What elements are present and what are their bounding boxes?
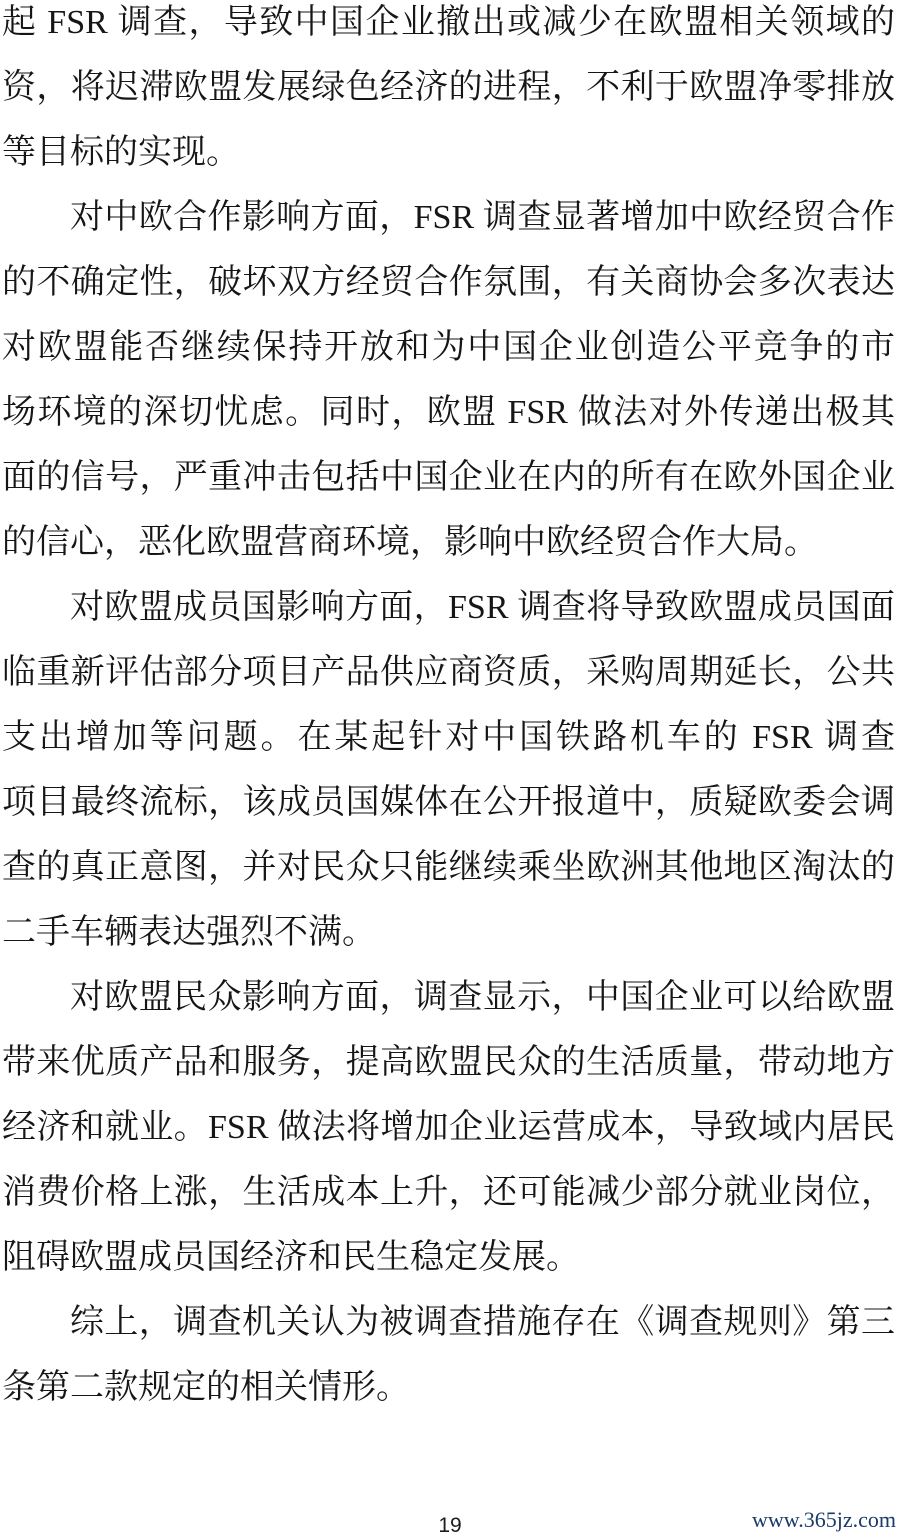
text-line: 阻碍欧盟成员国经济和民生稳定发展。 (2, 1225, 895, 1290)
text-line: 带来优质产品和服务，提高欧盟民众的生活质量，带动地方 (2, 1030, 895, 1095)
text-line: 消费价格上涨，生活成本上升，还可能减少部分就业岗位， (2, 1160, 895, 1225)
text-line: 起 FSR 调查，导致中国企业撤出或减少在欧盟相关领域的投 (2, 0, 895, 55)
text-line: 支出增加等问题。在某起针对中国铁路机车的 FSR 调查中， (2, 705, 895, 770)
text-line: 场环境的深切忧虑。同时，欧盟 FSR 做法对外传递出极其负 (2, 380, 895, 445)
text-line: 经济和就业。FSR 做法将增加企业运营成本，导致域内居民 (2, 1095, 895, 1160)
text-line: 对欧盟能否继续保持开放和为中国企业创造公平竞争的市 (2, 315, 895, 380)
text-line: 条第二款规定的相关情形。 (2, 1355, 895, 1420)
text-line: 项目最终流标，该成员国媒体在公开报道中，质疑欧委会调 (2, 770, 895, 835)
text-line: 的信心，恶化欧盟营商环境，影响中欧经贸合作大局。 (2, 510, 895, 575)
text-line: 对欧盟民众影响方面，调查显示，中国企业可以给欧盟 (2, 965, 895, 1030)
text-line: 资，将迟滞欧盟发展绿色经济的进程，不利于欧盟净零排放 (2, 55, 895, 120)
text-line: 二手车辆表达强烈不满。 (2, 900, 895, 965)
text-line: 对中欧合作影响方面，FSR 调查显著增加中欧经贸合作 (2, 185, 895, 250)
text-line: 等目标的实现。 (2, 120, 895, 185)
text-line: 面的信号，严重冲击包括中国企业在内的所有在欧外国企业 (2, 445, 895, 510)
text-line: 临重新评估部分项目产品供应商资质，采购周期延长，公共 (2, 640, 895, 705)
watermark-url: www.365jz.com (752, 1507, 896, 1533)
text-line: 的不确定性，破坏双方经贸合作氛围，有关商协会多次表达 (2, 250, 895, 315)
document-body: 起 FSR 调查，导致中国企业撤出或减少在欧盟相关领域的投 资，将迟滞欧盟发展绿… (2, 0, 895, 1420)
text-line: 综上，调查机关认为被调查措施存在《调查规则》第三 (2, 1290, 895, 1355)
document-page: 起 FSR 调查，导致中国企业撤出或减少在欧盟相关领域的投 资，将迟滞欧盟发展绿… (0, 0, 900, 1539)
text-line: 查的真正意图，并对民众只能继续乘坐欧洲其他地区淘汰的 (2, 835, 895, 900)
text-line: 对欧盟成员国影响方面，FSR 调查将导致欧盟成员国面 (2, 575, 895, 640)
